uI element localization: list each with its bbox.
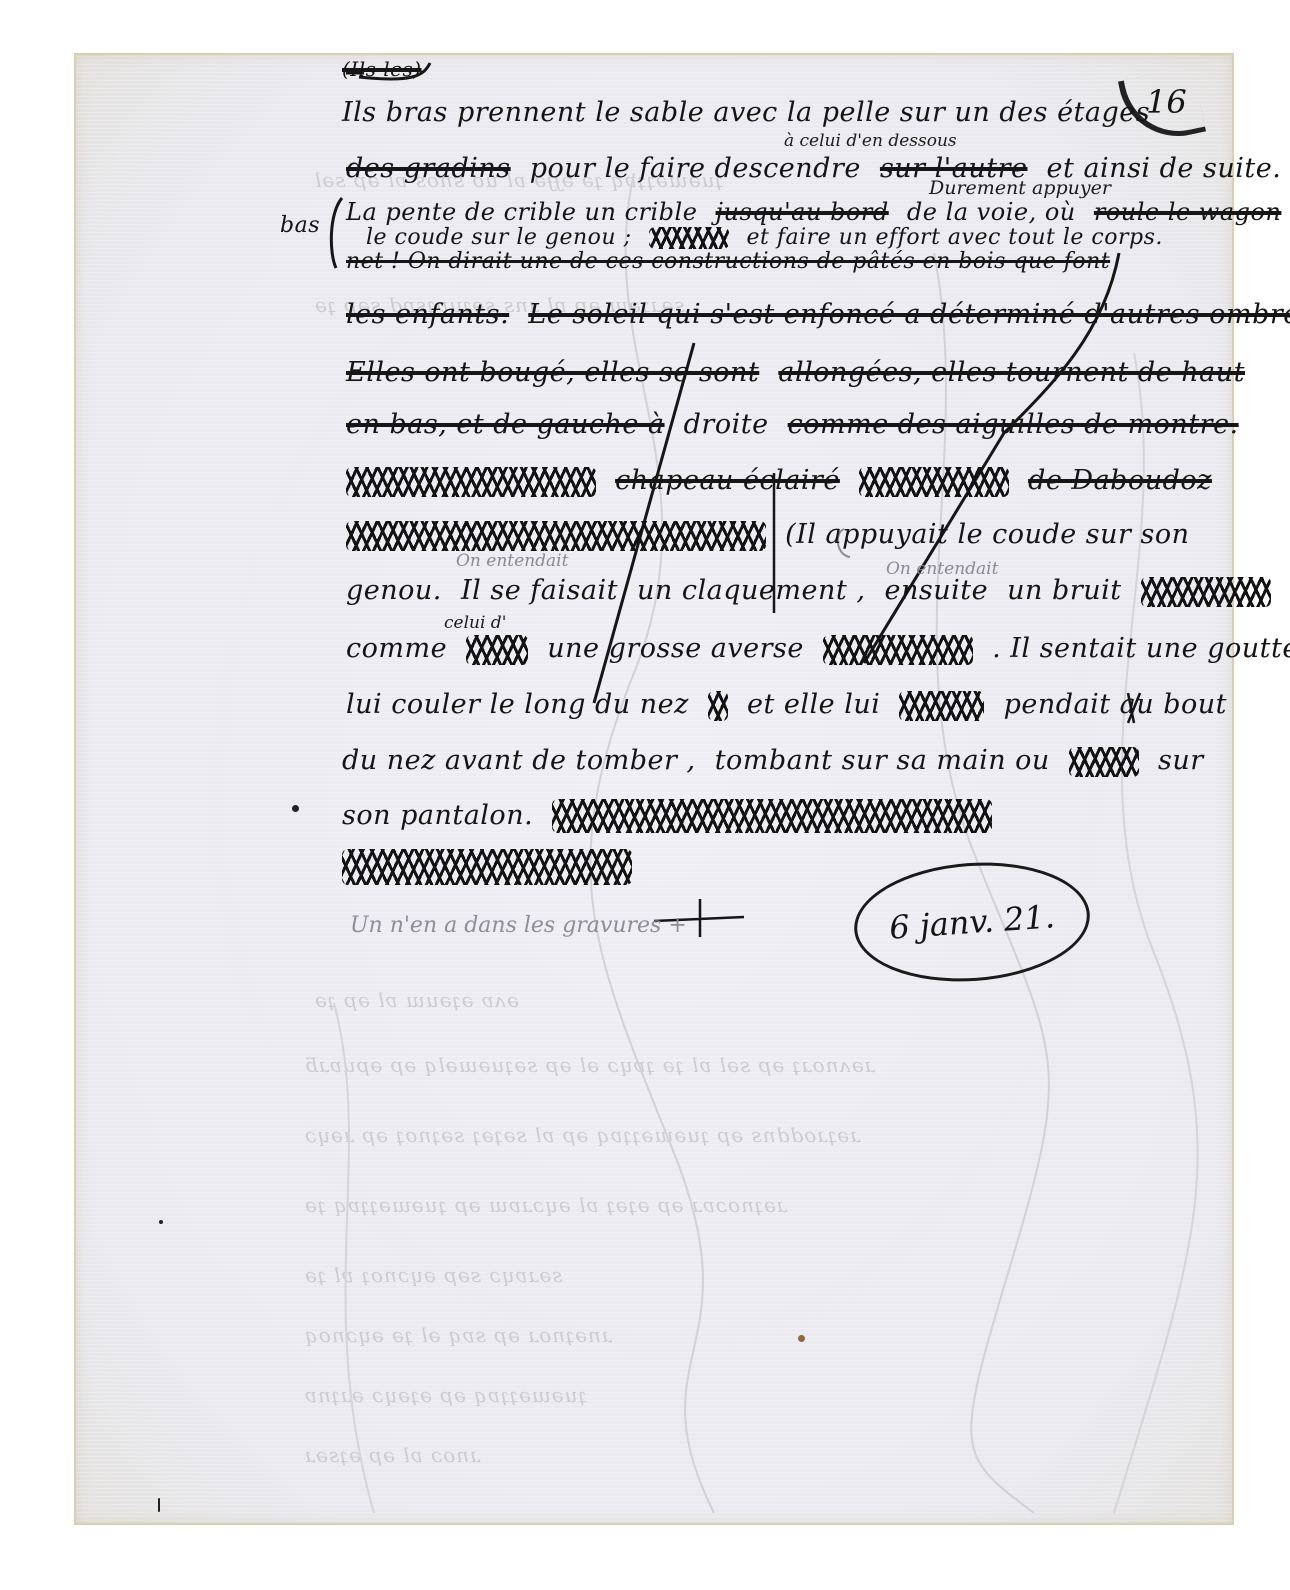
manuscript-line-14: du nez avant de tomber , tombant sur sa … [342, 745, 1214, 777]
manuscript-page: ʇuǝɯǝʇʇɐq ʇǝ ǝɟɟǝ ɐl uo snos ɐl ǝp sǝl s… [74, 53, 1234, 1525]
scribble-cancellation [466, 635, 528, 665]
manuscript-line-6: les enfants. Le soleil qui s'est enfoncé… [346, 299, 1290, 330]
pencil-insertion-line-11a: On entendait [456, 551, 568, 571]
pencil-note: Un n'en a dans les gravures + [350, 913, 687, 938]
scribble-cancellation [346, 467, 596, 497]
bleed-through-text: ɹǝʇɹoddns ǝp ʇuǝɯǝʇʇɐq ǝp ɐl sǝʇǝʇ sǝʇno… [304, 1123, 860, 1147]
manuscript-line-4: le coude sur le genou ; et faire un effo… [366, 225, 1173, 250]
manuscript-line-16 [342, 849, 642, 885]
manuscript-line-5: net ! On dirait une de ces constructions… [346, 249, 1120, 274]
bleed-through-text: sǝɹɐɥɔ sǝp ǝɥɔnoʇ ɐl ʇǝ [304, 1263, 563, 1287]
manuscript-line-12: comme une grosse averse . Il sentait une… [346, 633, 1290, 665]
bleed-through-text: ɹnoɔ ɐl ǝp ǝʇsǝɹ [304, 1443, 480, 1467]
insertion-above-line-2: à celui d'en dessous [784, 131, 957, 151]
manuscript-line-2: des gradins pour le faire descendre sur … [346, 153, 1290, 184]
foxing-spot [798, 1335, 805, 1342]
manuscript-line-1: Ils bras prennent le sable avec la pelle… [342, 97, 1160, 128]
margin-note-bas: bas [280, 213, 320, 238]
manuscript-line-7: Elles ont bougé, elles se sont allongées… [346, 357, 1255, 388]
scribble-cancellation [899, 691, 984, 721]
ink-dot [1086, 423, 1091, 428]
date-text: 6 janv. 21. [888, 897, 1056, 946]
margin-note-top-left: (Ils les) [342, 57, 422, 81]
manuscript-line-9: chapeau éclairé de Daboudoz [346, 465, 1222, 497]
bleed-through-text: ʇuǝɯǝʇʇɐq ǝp ǝʇǝɥɔ ǝɹʇnɐ [304, 1383, 587, 1407]
bleed-through-text: ɹǝʇnoɔɐɹ ǝp ǝʇǝʇ ɐl ǝɥɔɹɐɯ ǝp ʇuǝɯǝʇʇɐq … [304, 1193, 787, 1217]
scribble-cancellation [1069, 747, 1139, 777]
scribble-cancellation [552, 799, 992, 833]
scribble-cancellation [342, 849, 632, 885]
scribble-cancellation [346, 521, 766, 551]
scribble-cancellation [708, 691, 728, 721]
ink-dot [158, 1498, 160, 1512]
manuscript-line-3: La pente de crible un crible jusqu'au bo… [346, 198, 1290, 226]
ink-dot [159, 1220, 163, 1224]
scribble-cancellation [649, 227, 729, 249]
manuscript-line-10: (Il appuyait le coude sur son [346, 519, 1200, 551]
bleed-through-text: ɹnǝʇnoɹ ǝp sɐq ǝl ʇǝ ǝɥɔnoq [304, 1323, 612, 1347]
scribble-cancellation [859, 467, 1009, 497]
insertion-above-line-3: Durement appuyer [929, 177, 1111, 199]
date-oval: 6 janv. 21. [850, 855, 1094, 989]
scribble-cancellation [823, 635, 973, 665]
bleed-through-text: ǝʌɐ ǝʇǝuɯ ɐl ǝp ʇǝ [314, 988, 519, 1012]
ink-dot [292, 805, 299, 812]
scribble-cancellation [1141, 577, 1271, 607]
bleed-through-text: ɹǝʌnoɹʇ ǝp sǝl ɐl ʇǝ ʇɐɥɔ ǝl ǝp sǝʇuǝɯǝl… [304, 1053, 875, 1077]
insertion-above-line-12: celui d' [444, 613, 506, 633]
manuscript-line-15: son pantalon. [342, 799, 1002, 833]
manuscript-line-8: en bas, et de gauche à droite comme des … [346, 409, 1249, 440]
manuscript-line-13: lui couler le long du nez et elle lui pe… [346, 689, 1237, 721]
manuscript-line-11: genou. Il se faisait un claquement , ens… [346, 575, 1281, 607]
